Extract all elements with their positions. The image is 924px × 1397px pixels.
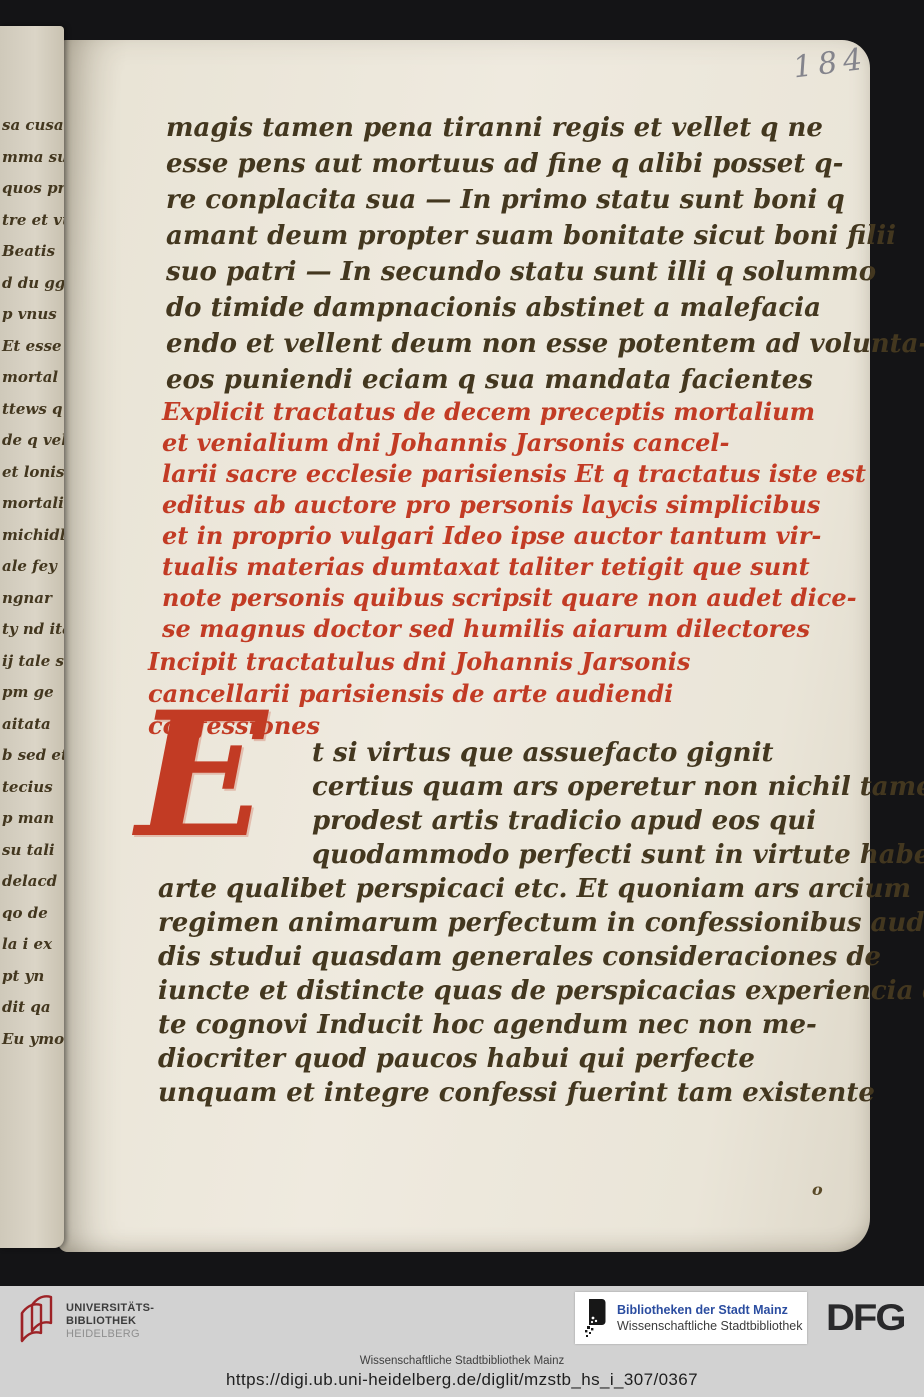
fragment-line: de q vel — [2, 425, 64, 457]
heidelberg-logo-text: UNIVERSITÄTS- BIBLIOTHEK HEIDELBERG — [66, 1302, 154, 1341]
manuscript-line: arte qualibet perspicaci etc. Et quoniam… — [158, 872, 924, 906]
fragment-line: su tali — [2, 835, 64, 867]
manuscript-line: unquam et integre confessi fuerint tam e… — [158, 1076, 924, 1110]
fragment-line: pt yn — [2, 961, 64, 993]
branding-footer: UNIVERSITÄTS- BIBLIOTHEK HEIDELBERG Bibl… — [0, 1286, 924, 1397]
fragment-line: quos pro — [2, 173, 64, 205]
manuscript-line: quodammodo perfecti sunt in virtute habe… — [312, 838, 924, 872]
mainz-book-icon — [581, 1296, 611, 1340]
corner-ink-mark: o — [812, 1180, 823, 1199]
heidelberg-line1: UNIVERSITÄTS- — [66, 1302, 154, 1315]
fragment-line: qo de — [2, 898, 64, 930]
footer-caption: Wissenschaftliche Stadtbibliothek Mainz — [0, 1355, 924, 1367]
fragment-line: ngnar — [2, 583, 64, 615]
manuscript-line: re conplacita sua — In primo statu sunt … — [166, 182, 924, 218]
manuscript-line: endo et vellent deum non esse potentem a… — [166, 326, 924, 362]
fragment-line: b sed et — [2, 740, 64, 772]
rubric-line: tualis materias dumtaxat taliter tetigit… — [162, 551, 866, 582]
mainz-line1: Bibliotheken der Stadt Mainz — [617, 1302, 803, 1318]
fragment-line: ale fey — [2, 551, 64, 583]
rubric-line: et in proprio vulgari Ideo ipse auctor t… — [162, 520, 866, 551]
heidelberg-line3: HEIDELBERG — [66, 1328, 154, 1341]
stadt-mainz-logo: Bibliotheken der Stadt Mainz Wissenschaf… — [575, 1292, 807, 1344]
manuscript-line: certius quam ars operetur non nichil tam… — [312, 770, 924, 804]
manuscript-line: dis studui quasdam generales consideraci… — [158, 940, 924, 974]
heidelberg-line2: BIBLIOTHEK — [66, 1315, 154, 1328]
fragment-line: ty nd ita — [2, 614, 64, 646]
heidelberg-books-icon — [14, 1292, 60, 1350]
fragment-line: ij tale s — [2, 646, 64, 678]
fragment-line: p vnus — [2, 299, 64, 331]
fragment-line: pm ge — [2, 677, 64, 709]
rubric-explicit: Explicit tractatus de decem preceptis mo… — [162, 396, 866, 644]
rubric-line: note personis quibus scripsit quare non … — [162, 582, 866, 613]
manuscript-line: eos puniendi eciam q sua mandata facient… — [166, 362, 924, 398]
manuscript-line: te cognovi Inducit hoc agendum nec non m… — [158, 1008, 924, 1042]
fragment-line: la i ex — [2, 929, 64, 961]
fragment-line: sa cusa dt — [2, 110, 64, 142]
rubric-line: se magnus doctor sed humilis aiarum dile… — [162, 613, 866, 644]
fragment-line: aitata — [2, 709, 64, 741]
fragment-line: et lonis — [2, 457, 64, 489]
manuscript-line: iuncte et distincte quas de perspicacias… — [158, 974, 924, 1008]
fragment-line: delacd — [2, 866, 64, 898]
manuscript-line: do timide dampnacionis abstinet a malefa… — [166, 290, 924, 326]
mainz-logo-text: Bibliotheken der Stadt Mainz Wissenschaf… — [617, 1302, 803, 1334]
footer-url: https://digi.ub.uni-heidelberg.de/diglit… — [0, 1370, 924, 1390]
text-block-bottom: arte qualibet perspicaci etc. Et quoniam… — [158, 872, 924, 1110]
fragment-line: Et esse — [2, 331, 64, 363]
manuscript-line: diocriter quod paucos habui qui perfecte — [158, 1042, 924, 1076]
rubric-line: editus ab auctore pro personis laycis si… — [162, 489, 866, 520]
manuscript-line: magis tamen pena tiranni regis et vellet… — [166, 110, 924, 146]
fragment-line: p man — [2, 803, 64, 835]
manuscript-line: prodest artis tradicio apud eos qui — [312, 804, 924, 838]
fragment-line: dit qa — [2, 992, 64, 1024]
fragment-line: michidle — [2, 520, 64, 552]
fragment-line: d du ggsa — [2, 268, 64, 300]
text-block-top: magis tamen pena tiranni regis et vellet… — [166, 110, 924, 398]
dfg-logo: DFG — [826, 1298, 904, 1339]
manuscript-line: suo patri — In secundo statu sunt illi q… — [166, 254, 924, 290]
scan-viewer-export: sa cusa dtmma suquos protre et vultBeati… — [0, 0, 924, 1397]
manuscript-line: amant deum propter suam bonitate sicut b… — [166, 218, 924, 254]
fragment-line: mortali — [2, 488, 64, 520]
fragment-line: mortal — [2, 362, 64, 394]
fragment-line: tre et vult — [2, 205, 64, 237]
mainz-line2: Wissenschaftliche Stadtbibliothek — [617, 1318, 803, 1334]
rubric-line: larii sacre ecclesie parisiensis Et q tr… — [162, 458, 866, 489]
facing-page-strip: sa cusa dtmma suquos protre et vultBeati… — [0, 26, 64, 1248]
decorated-initial: E — [136, 700, 267, 850]
manuscript-line: esse pens aut mortuus ad fine q alibi po… — [166, 146, 924, 182]
fragment-line: Eu ymo — [2, 1024, 64, 1056]
fragment-line: ttews q — [2, 394, 64, 426]
manuscript-line: t si virtus que assuefacto gignit — [312, 736, 924, 770]
rubric-line: Explicit tractatus de decem preceptis mo… — [162, 396, 866, 427]
facing-page-text-fragments: sa cusa dtmma suquos protre et vultBeati… — [2, 110, 64, 1055]
manuscript-line: regimen animarum perfectum in confession… — [158, 906, 924, 940]
rubric-line: et venialium dni Johannis Jarsonis cance… — [162, 427, 866, 458]
fragment-line: tecius — [2, 772, 64, 804]
fragment-line: Beatis — [2, 236, 64, 268]
text-block-beside-initial: t si virtus que assuefacto gignitcertius… — [312, 736, 924, 872]
ub-heidelberg-logo: UNIVERSITÄTS- BIBLIOTHEK HEIDELBERG — [14, 1292, 234, 1352]
fragment-line: mma su — [2, 142, 64, 174]
